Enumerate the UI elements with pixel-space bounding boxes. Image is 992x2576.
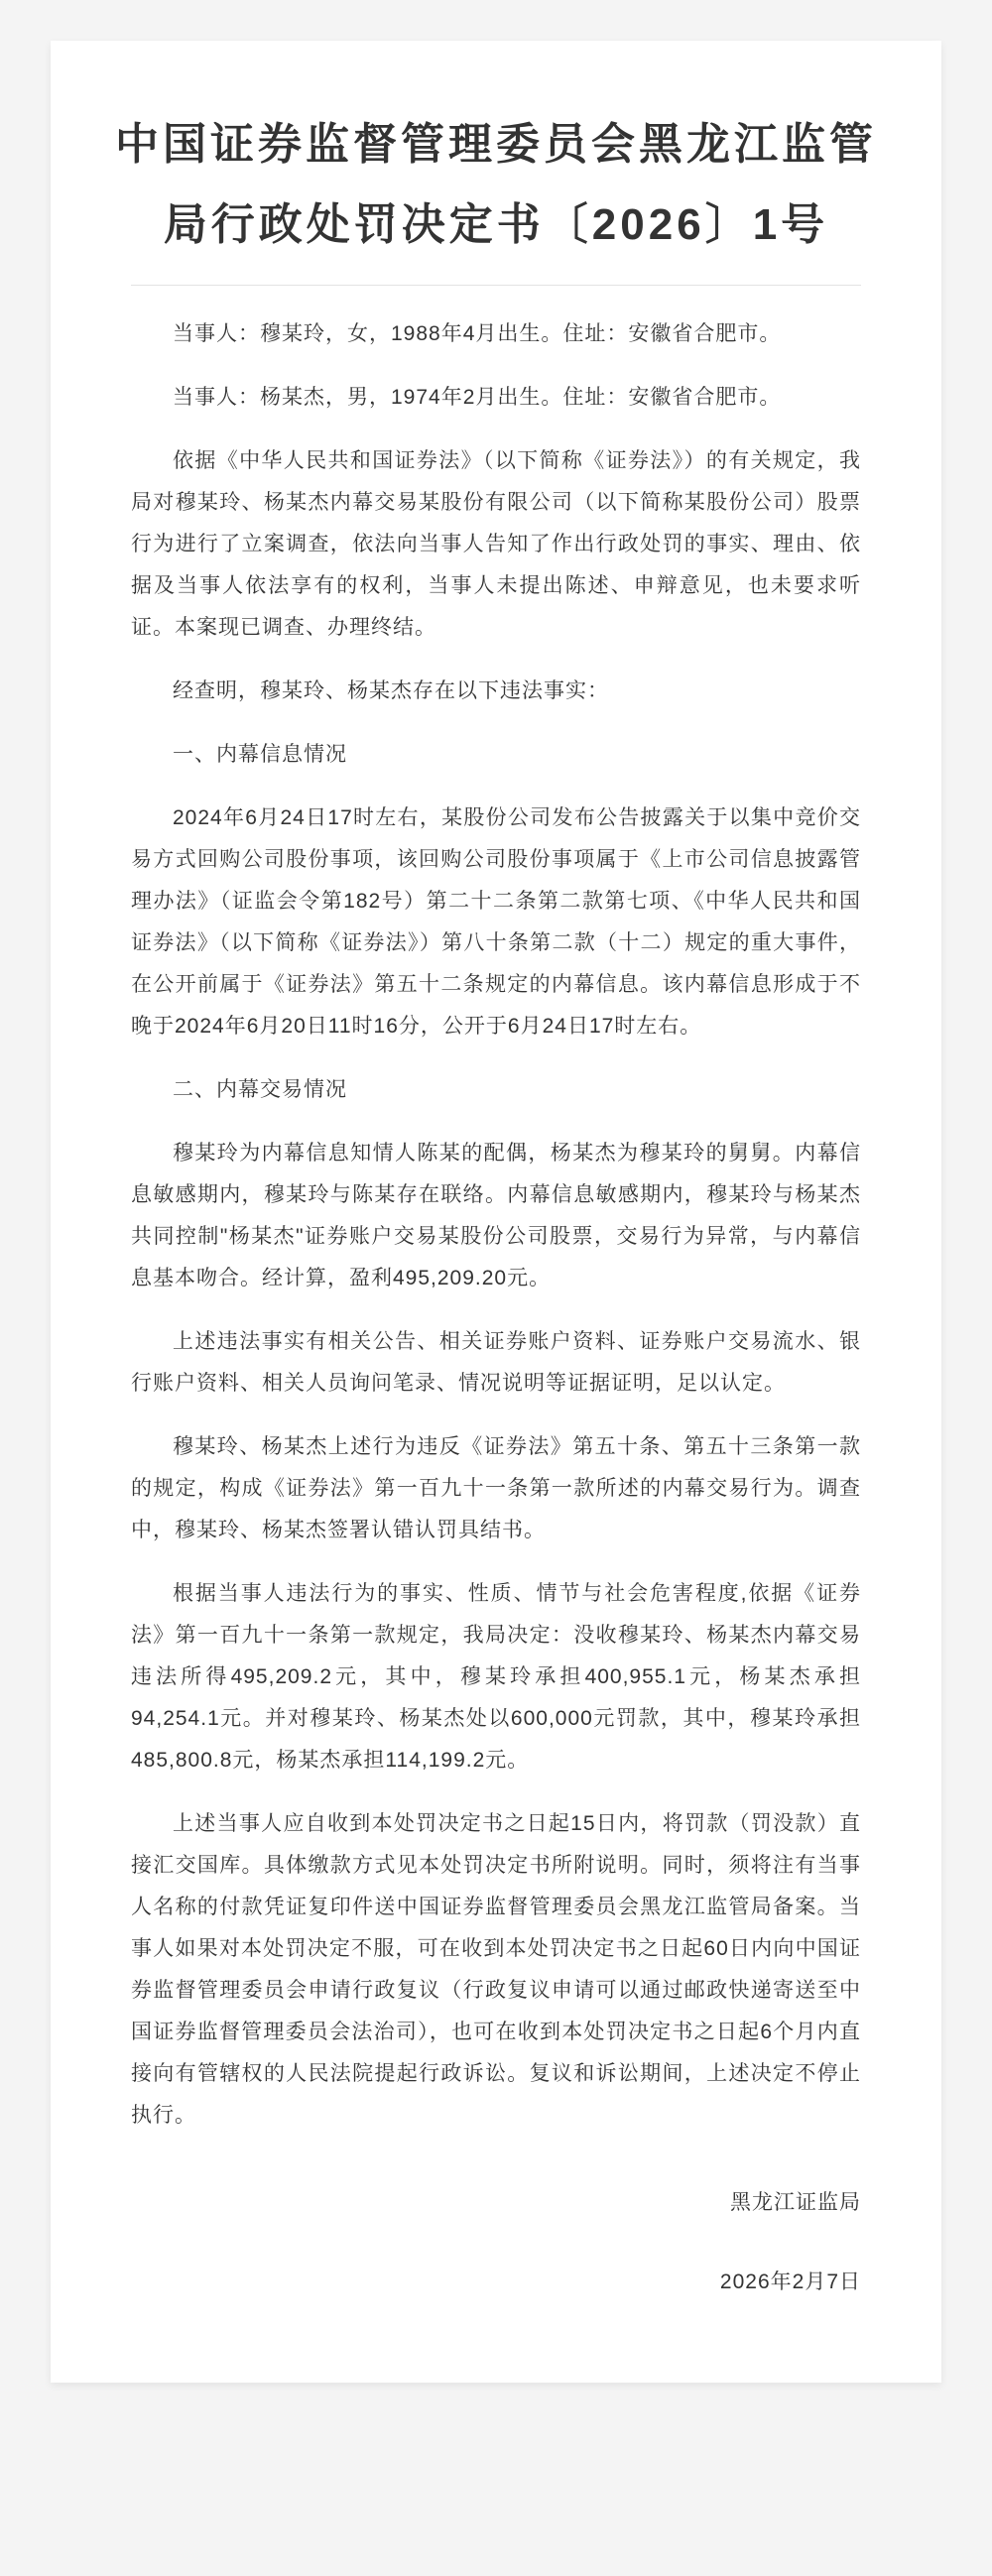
- party-line-1: 当事人：穆某玲，女，1988年4月出生。住址：安徽省合肥市。: [131, 313, 861, 355]
- issuing-authority-signature: 黑龙江证监局: [131, 2182, 861, 2224]
- party-line-2: 当事人：杨某杰，男，1974年2月出生。住址：安徽省合肥市。: [131, 377, 861, 419]
- document-title: 中国证券监督管理委员会黑龙江监管局行政处罚决定书〔2026〕1号: [106, 104, 886, 265]
- insider-trading-paragraph: 穆某玲为内幕信息知情人陈某的配偶，杨某杰为穆某玲的舅舅。内幕信息敏感期内，穆某玲…: [131, 1133, 861, 1299]
- document-body: 当事人：穆某玲，女，1988年4月出生。住址：安徽省合肥市。 当事人：杨某杰，男…: [106, 313, 886, 2303]
- penalty-decision-paragraph: 根据当事人违法行为的事实、性质、情节与社会危害程度,依据《证券法》第一百九十一条…: [131, 1573, 861, 1781]
- case-intro-paragraph: 依据《中华人民共和国证券法》（以下简称《证券法》）的有关规定，我局对穆某玲、杨某…: [131, 440, 861, 649]
- section-2-heading: 二、内幕交易情况: [131, 1069, 861, 1111]
- document-card: 中国证券监督管理委员会黑龙江监管局行政处罚决定书〔2026〕1号 当事人：穆某玲…: [51, 41, 941, 2383]
- section-1-heading: 一、内幕信息情况: [131, 734, 861, 776]
- facts-lead-paragraph: 经查明，穆某玲、杨某杰存在以下违法事实：: [131, 671, 861, 712]
- title-divider: [131, 285, 861, 286]
- inside-information-paragraph: 2024年6月24日17时左右，某股份公司发布公告披露关于以集中竞价交易方式回购…: [131, 797, 861, 1047]
- document-date: 2026年2月7日: [131, 2262, 861, 2303]
- page-background: { "colors": { "page_background": "#f4f4f…: [0, 41, 992, 2576]
- violation-conclusion-paragraph: 穆某玲、杨某杰上述行为违反《证券法》第五十条、第五十三条第一款的规定，构成《证券…: [131, 1426, 861, 1551]
- evidence-paragraph: 上述违法事实有相关公告、相关证券账户资料、证券账户交易流水、银行账户资料、相关人…: [131, 1321, 861, 1405]
- payment-and-appeal-paragraph: 上述当事人应自收到本处罚决定书之日起15日内，将罚款（罚没款）直接汇交国库。具体…: [131, 1803, 861, 2137]
